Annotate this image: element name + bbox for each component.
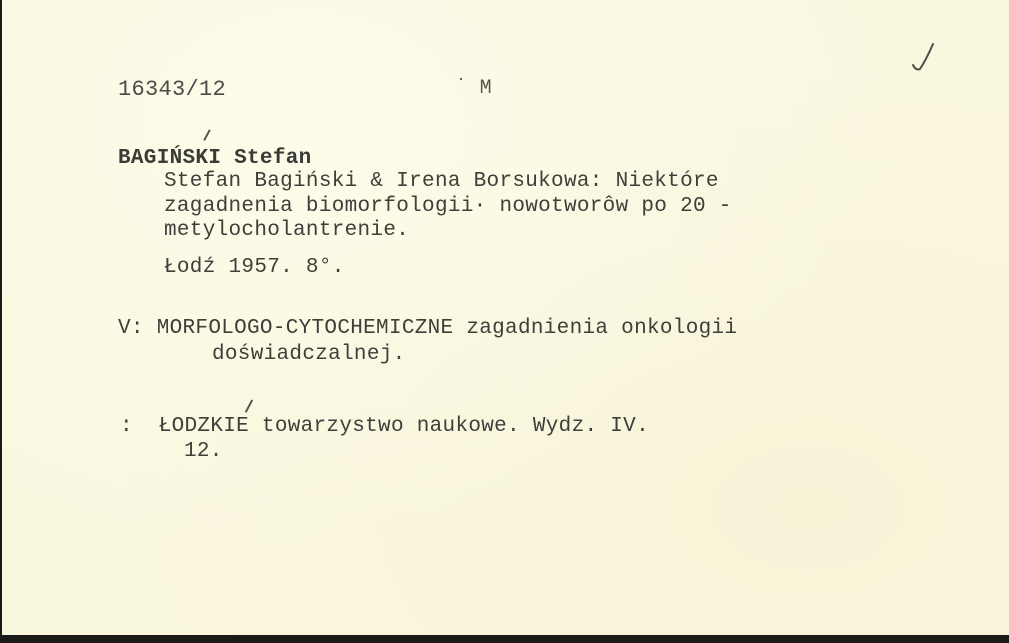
handwritten-accent-mark — [203, 129, 210, 140]
subject-line-1: V: MORFOLOGO-CYTOCHEMICZNE zagadnienia o… — [118, 318, 737, 339]
series-line-1: : ŁODZKIE towarzystwo naukowe. Wydz. IV. — [120, 416, 649, 437]
imprint: Łodź 1957. 8°. — [164, 257, 345, 278]
catalog-card: 16343/12 ˙ M BAGIŃSKI Stefan Stefan Bagi… — [2, 0, 1009, 635]
checkmark-icon — [910, 40, 936, 74]
call-number: 16343/12 — [118, 79, 226, 101]
author-heading: BAGIŃSKI Stefan — [118, 148, 312, 169]
title-line-2: zagadnenia biomorfologii· nowotworôw po … — [164, 196, 732, 217]
handwritten-accent-mark — [245, 399, 253, 412]
card-marker: ˙ M — [455, 79, 492, 99]
series-line-2: 12. — [184, 441, 223, 462]
title-line-3: metylocholantrenie. — [164, 220, 409, 241]
subject-line-2: doświadczalnej. — [212, 344, 406, 365]
title-line-1: Stefan Bagiński & Irena Borsukowa: Niekt… — [164, 171, 719, 192]
